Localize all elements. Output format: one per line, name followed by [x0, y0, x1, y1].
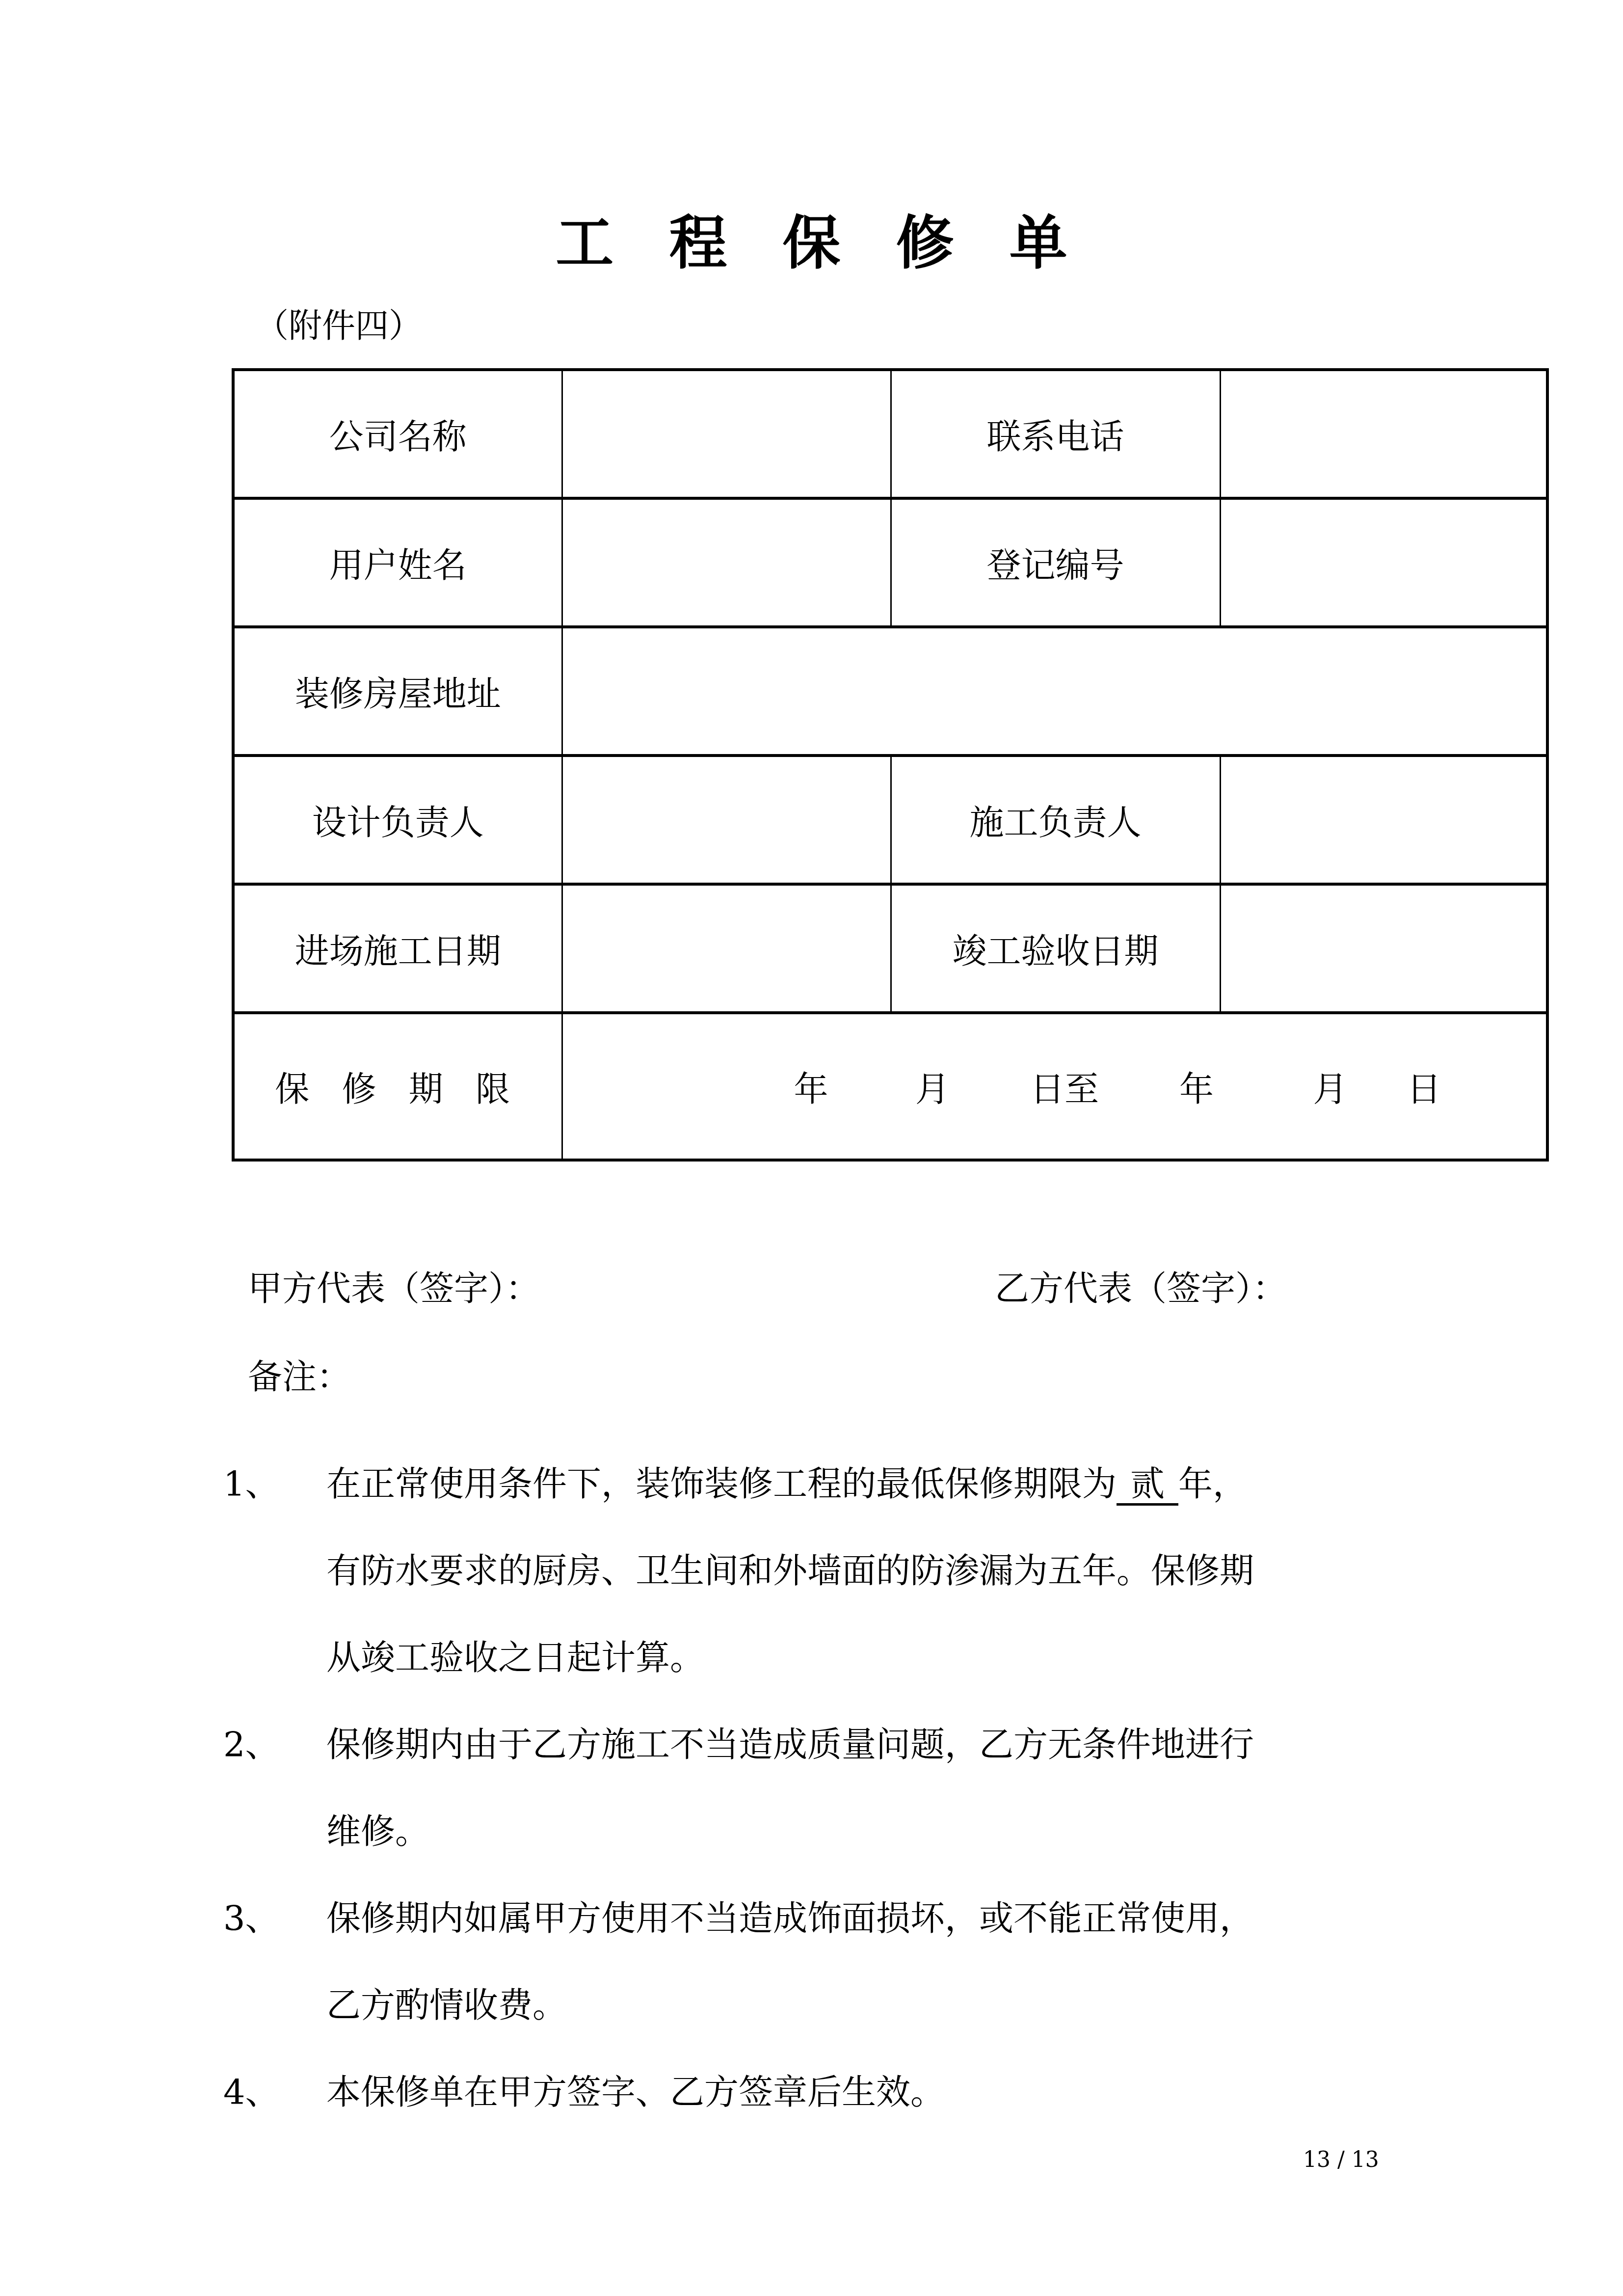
- note-line: 保修期内由于乙方施工不当造成质量问题，乙方无条件地进行: [326, 1702, 1401, 1788]
- title-char: 保: [782, 206, 840, 280]
- note-number: 4、: [223, 2049, 280, 2136]
- page-number: 13 / 13: [1303, 2145, 1379, 2175]
- note-line: 维修。: [326, 1788, 1401, 1875]
- field-start-date[interactable]: [562, 884, 891, 1013]
- label-registration-number: 登记编号: [891, 498, 1220, 627]
- title-char: 程: [669, 206, 727, 280]
- party-b-signature-label: 乙方代表（签字）：: [995, 1264, 1287, 1313]
- label-warranty-period: 保 修 期 限: [233, 1013, 562, 1160]
- note-number: 3、: [223, 1875, 280, 1962]
- note-item-2: 2、 保修期内由于乙方施工不当造成质量问题，乙方无条件地进行 维修。: [223, 1702, 1401, 1875]
- party-a-signature-label: 甲方代表（签字）：: [248, 1264, 540, 1313]
- note-number: 1、: [223, 1441, 280, 1528]
- label-completion-date: 竣工验收日期: [891, 884, 1220, 1013]
- field-warranty-period[interactable]: 年 月 日至 年 月 日: [562, 1013, 1547, 1160]
- notes-list: 1、 在正常使用条件下，装饰装修工程的最低保修期限为贰年， 有防水要求的厨房、卫…: [223, 1441, 1401, 2136]
- title-char: 单: [1010, 206, 1067, 280]
- label-design-manager: 设计负责人: [233, 756, 562, 884]
- label-contact-phone: 联系电话: [891, 370, 1220, 498]
- note-text: 年，: [1178, 1464, 1247, 1504]
- table-row-dates: 进场施工日期 竣工验收日期: [233, 884, 1547, 1013]
- label-construction-manager: 施工负责人: [891, 756, 1220, 884]
- note-line: 本保修单在甲方签字、乙方签章后生效。: [326, 2049, 1401, 2136]
- note-line: 保修期内如属甲方使用不当造成饰面损坏，或不能正常使用，: [326, 1875, 1401, 1962]
- period-start-day-to: 日至: [990, 1062, 1140, 1111]
- warranty-form-table: 公司名称 联系电话 用户姓名 登记编号 装修房屋地址 设计负责人 施工负责人 进…: [232, 368, 1549, 1162]
- note-line: 有防水要求的厨房、卫生间和外墙面的防渗漏为五年。保修期: [326, 1528, 1401, 1615]
- notes-heading: 备注：: [248, 1352, 351, 1402]
- document-title: 工 程 保 修 单: [0, 206, 1623, 280]
- field-house-address[interactable]: [562, 627, 1547, 756]
- period-end-year: 年: [1140, 1062, 1254, 1111]
- note-line: 乙方酌情收费。: [326, 1962, 1401, 2049]
- field-user-name[interactable]: [562, 498, 891, 627]
- note-item-1: 1、 在正常使用条件下，装饰装修工程的最低保修期限为贰年， 有防水要求的厨房、卫…: [223, 1441, 1401, 1702]
- field-design-manager[interactable]: [562, 756, 891, 884]
- period-end-day: 日: [1407, 1062, 1441, 1111]
- field-company-name[interactable]: [562, 370, 891, 498]
- warranty-period-dates: 年 月 日至 年 月 日: [563, 1062, 1546, 1111]
- warranty-years-fill: 贰: [1117, 1467, 1178, 1506]
- title-char: 工: [556, 206, 613, 280]
- period-start-year: 年: [747, 1062, 876, 1111]
- document-page: 工 程 保 修 单 （附件四） 公司名称 联系电话 用户姓名 登记编号 装修房屋…: [0, 0, 1623, 2296]
- table-row-user: 用户姓名 登记编号: [233, 498, 1547, 627]
- note-number: 2、: [223, 1702, 280, 1788]
- table-row-address: 装修房屋地址: [233, 627, 1547, 756]
- period-start-month: 月: [876, 1062, 990, 1111]
- label-start-date: 进场施工日期: [233, 884, 562, 1013]
- label-house-address: 装修房屋地址: [233, 627, 562, 756]
- label-company-name: 公司名称: [233, 370, 562, 498]
- field-registration-number[interactable]: [1220, 498, 1547, 627]
- attachment-label: （附件四）: [255, 304, 422, 349]
- note-item-4: 4、 本保修单在甲方签字、乙方签章后生效。: [223, 2049, 1401, 2136]
- note-line: 从竣工验收之日起计算。: [326, 1615, 1401, 1702]
- field-completion-date[interactable]: [1220, 884, 1547, 1013]
- period-end-month: 月: [1254, 1062, 1407, 1111]
- note-text: 在正常使用条件下，装饰装修工程的最低保修期限为: [326, 1464, 1117, 1504]
- note-item-3: 3、 保修期内如属甲方使用不当造成饰面损坏，或不能正常使用， 乙方酌情收费。: [223, 1875, 1401, 2049]
- field-contact-phone[interactable]: [1220, 370, 1547, 498]
- table-row-warranty-period: 保 修 期 限 年 月 日至 年 月 日: [233, 1013, 1547, 1160]
- title-char: 修: [896, 206, 954, 280]
- table-row-company: 公司名称 联系电话: [233, 370, 1547, 498]
- note-line: 在正常使用条件下，装饰装修工程的最低保修期限为贰年，: [326, 1441, 1401, 1528]
- table-row-managers: 设计负责人 施工负责人: [233, 756, 1547, 884]
- label-user-name: 用户姓名: [233, 498, 562, 627]
- field-construction-manager[interactable]: [1220, 756, 1547, 884]
